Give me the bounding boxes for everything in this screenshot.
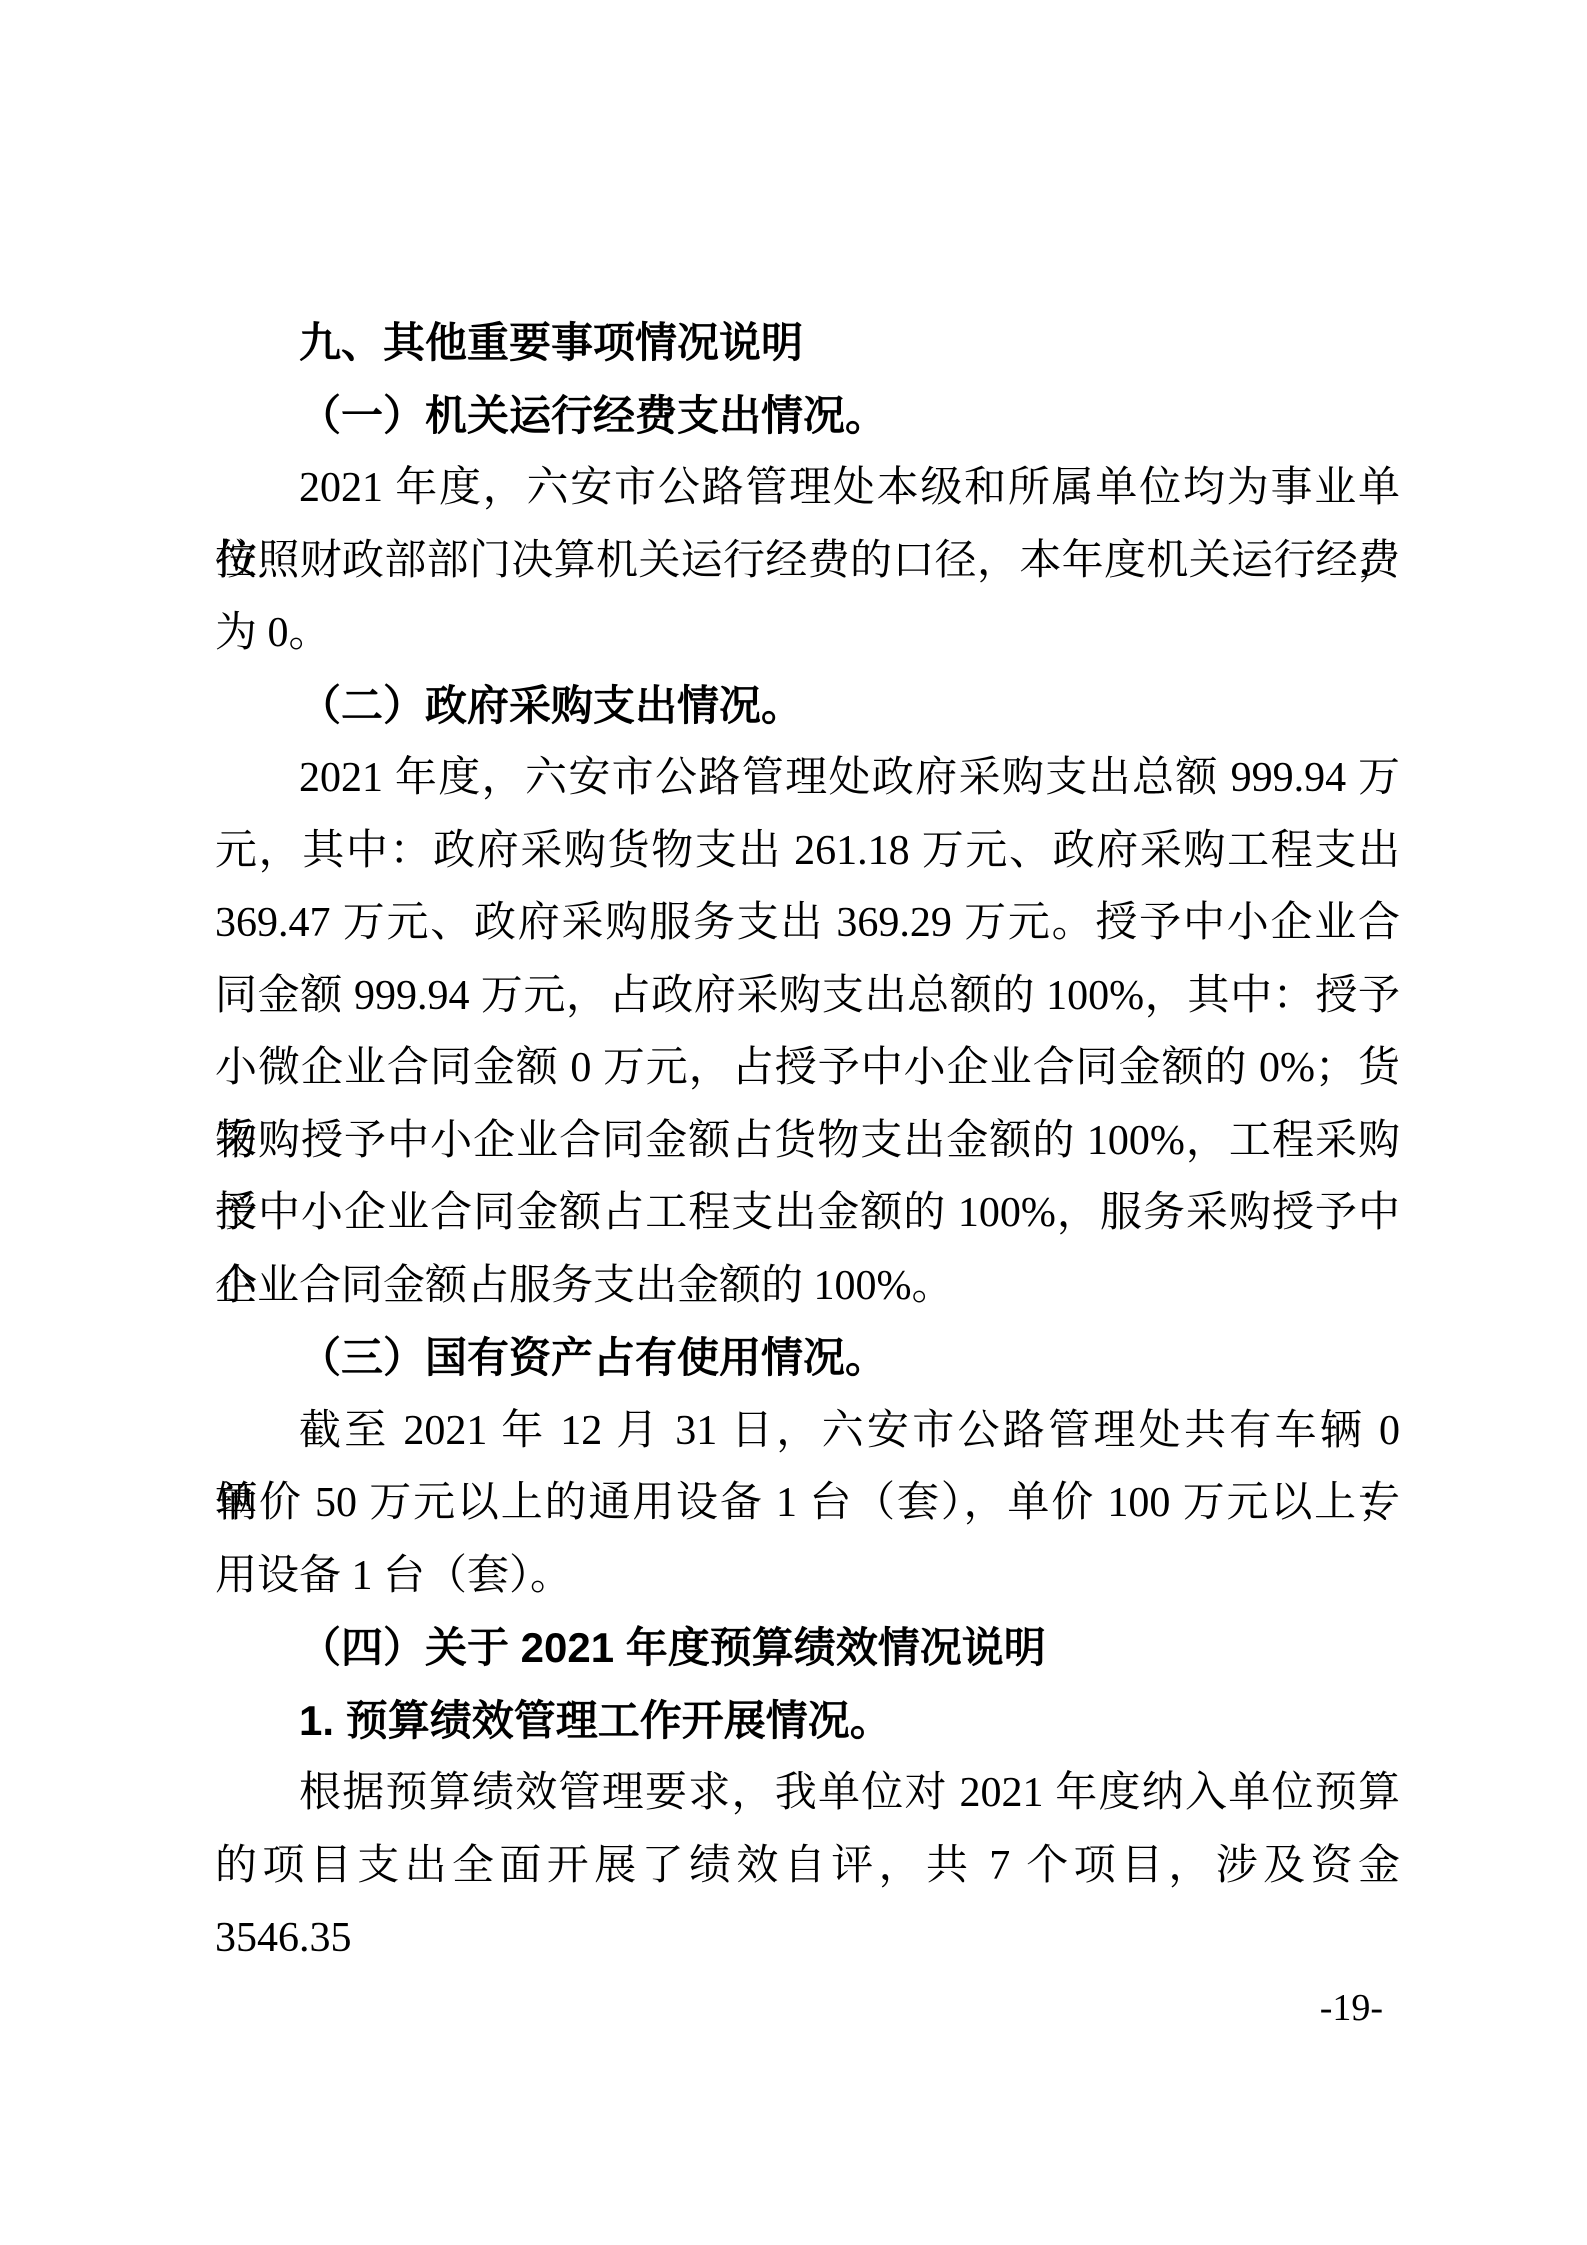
text-line: 2021 年度，六安市公路管理处本级和所属单位均为事业单位， bbox=[215, 452, 1400, 525]
section-heading: （二）政府采购支出情况。 bbox=[215, 670, 1400, 743]
text-line: 根据预算绩效管理要求，我单位对 2021 年度纳入单位预算 bbox=[215, 1757, 1400, 1830]
document-page: 九、其他重要事项情况说明（一）机关运行经费支出情况。2021 年度，六安市公路管… bbox=[0, 0, 1587, 2245]
text-line: 同金额 999.94 万元，占政府采购支出总额的 100%，其中：授予 bbox=[215, 960, 1400, 1033]
text-line: 采购授予中小企业合同金额占货物支出金额的 100%，工程采购授 bbox=[215, 1105, 1400, 1178]
text-line: 为 0。 bbox=[215, 597, 1400, 670]
text-line: 的项目支出全面开展了绩效自评，共 7 个项目，涉及资金 3546.35 bbox=[215, 1830, 1400, 1903]
text-line: 企业合同金额占服务支出金额的 100%。 bbox=[215, 1250, 1400, 1323]
text-line: 截至 2021 年 12 月 31 日，六安市公路管理处共有车辆 0 辆； bbox=[215, 1395, 1400, 1468]
section-heading: 九、其他重要事项情况说明 bbox=[215, 307, 1400, 380]
section-heading: （三）国有资产占有使用情况。 bbox=[215, 1322, 1400, 1395]
section-heading: （一）机关运行经费支出情况。 bbox=[215, 380, 1400, 453]
text-line: 2021 年度，六安市公路管理处政府采购支出总额 999.94 万 bbox=[215, 742, 1400, 815]
text-line: 用设备 1 台（套）。 bbox=[215, 1540, 1400, 1613]
section-heading: 1. 预算绩效管理工作开展情况。 bbox=[215, 1685, 1400, 1758]
text-line: 按照财政部部门决算机关运行经费的口径，本年度机关运行经费 bbox=[215, 525, 1400, 598]
document-body: 九、其他重要事项情况说明（一）机关运行经费支出情况。2021 年度，六安市公路管… bbox=[215, 307, 1400, 1902]
text-line: 予中小企业合同金额占工程支出金额的 100%，服务采购授予中小 bbox=[215, 1177, 1400, 1250]
text-line: 元，其中：政府采购货物支出 261.18 万元、政府采购工程支出 bbox=[215, 815, 1400, 888]
text-line: 369.47 万元、政府采购服务支出 369.29 万元。授予中小企业合 bbox=[215, 887, 1400, 960]
text-line: 小微企业合同金额 0 万元，占授予中小企业合同金额的 0%；货物 bbox=[215, 1032, 1400, 1105]
text-line: 单价 50 万元以上的通用设备 1 台（套），单价 100 万元以上专 bbox=[215, 1467, 1400, 1540]
section-heading: （四）关于 2021 年度预算绩效情况说明 bbox=[215, 1612, 1400, 1685]
page-number: -19- bbox=[1320, 1972, 1383, 2044]
